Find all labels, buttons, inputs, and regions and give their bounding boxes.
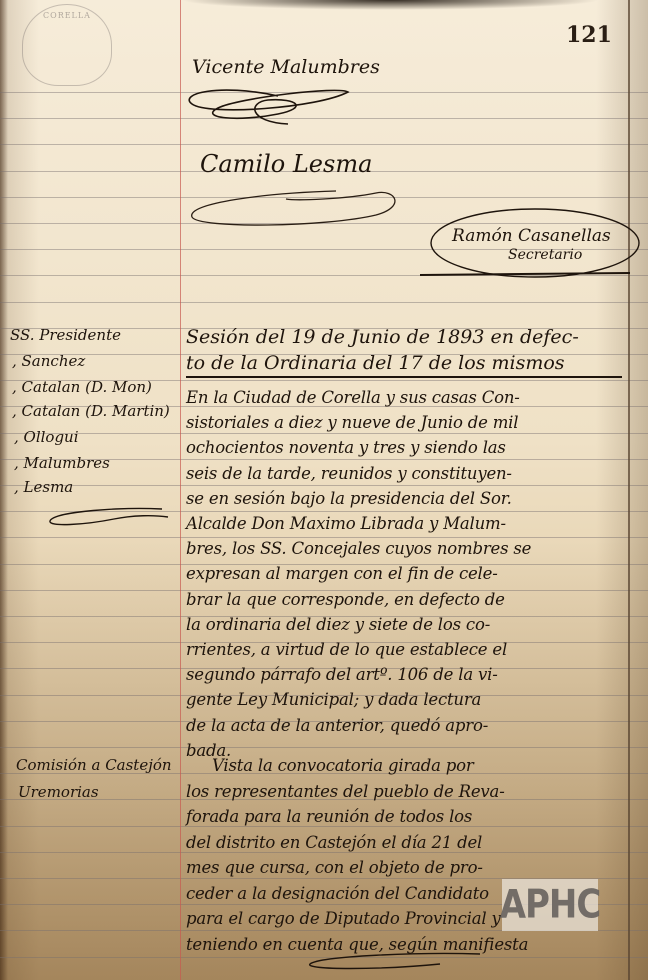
- body-line: de la acta de la anterior, quedó apro-: [186, 716, 488, 735]
- body-line: se en sesión bajo la presidencia del Sor…: [186, 489, 512, 508]
- body-line: expresan al margen con el fin de cele-: [186, 564, 498, 583]
- ruled-line: [0, 144, 648, 145]
- signature-flourish-icon: [186, 185, 416, 235]
- binding-edge: [0, 0, 8, 980]
- body-line: ceder a la designación del Candidato: [186, 884, 489, 903]
- margin-attendee: , Sanchez: [12, 352, 85, 370]
- ruled-line: [0, 537, 648, 538]
- signature-title: Secretario: [508, 247, 582, 263]
- body-line: Vista la convocatoria girada por: [212, 756, 474, 775]
- margin-attendee: , Ollogui: [14, 428, 79, 446]
- stamp-text: CORELLA: [23, 11, 111, 20]
- body-line: del distrito en Castejón el día 21 del: [186, 833, 482, 852]
- ruled-line: [0, 826, 648, 827]
- ruled-line: [0, 747, 648, 748]
- body-line: gente Ley Municipal; y dada lectura: [186, 690, 481, 709]
- margin-attendee: , Malumbres: [14, 454, 110, 472]
- session-heading-line: Sesión del 19 de Junio de 1893 en defec-: [186, 326, 579, 348]
- margin-note: Comisión a Castejón: [16, 756, 172, 774]
- margin-attendee: , Catalan (D. Mon): [12, 378, 152, 396]
- municipal-stamp: CORELLA: [22, 4, 112, 86]
- watermark-text: APHC: [500, 882, 601, 928]
- session-heading-line: to de la Ordinaria del 17 de los mismos: [186, 352, 565, 374]
- closing-flourish-icon: [300, 950, 500, 974]
- margin-flourish-icon: [44, 505, 174, 529]
- body-line: bres, los SS. Concejales cuyos nombres s…: [186, 539, 531, 558]
- margin-attendee: SS. Presidente: [10, 326, 121, 344]
- signature-lesma: Camilo Lesma: [200, 150, 372, 178]
- body-line: segundo párrafo del artº. 106 de la vi-: [186, 665, 498, 684]
- margin-attendee: , Catalan (D. Martin): [12, 402, 170, 420]
- body-line: mes que cursa, con el objeto de pro-: [186, 858, 483, 877]
- right-rule: [628, 0, 630, 980]
- heading-underline: [186, 376, 622, 378]
- body-line: Alcalde Don Maximo Librada y Malum-: [186, 514, 506, 533]
- body-line: los representantes del pueblo de Reva-: [186, 782, 505, 801]
- body-line: ochocientos noventa y tres y siendo las: [186, 438, 506, 457]
- ruled-line: [0, 485, 648, 486]
- body-line: rrientes, a virtud de lo que establece e…: [186, 640, 507, 659]
- signature-flourish-icon: [178, 78, 378, 130]
- ruled-line: [0, 302, 648, 303]
- margin-note: Uremorias: [18, 783, 99, 801]
- ledger-page: CORELLA 121 Vicente Malumbres Camilo Les…: [0, 0, 648, 980]
- archive-watermark: APHC: [502, 879, 598, 931]
- body-line: forada para la reunión de todos los: [186, 807, 472, 826]
- body-line: sistoriales a diez y nueve de Junio de m…: [186, 413, 518, 432]
- ruled-line: [0, 852, 648, 853]
- body-line: la ordinaria del diez y siete de los co-: [186, 615, 490, 634]
- margin-rule: [180, 0, 181, 980]
- body-line: seis de la tarde, reunidos y constituyen…: [186, 464, 512, 483]
- signature-casanellas: Ramón Casanellas: [452, 226, 611, 246]
- body-line: para el cargo de Diputado Provincial y: [186, 909, 501, 928]
- ruled-line: [0, 433, 648, 434]
- page-curl-shadow: [180, 0, 600, 10]
- margin-attendee: , Lesma: [14, 478, 73, 496]
- body-line: brar la que corresponde, en defecto de: [186, 590, 505, 609]
- body-line: En la Ciudad de Corella y sus casas Con-: [186, 388, 520, 407]
- signature-malumbres: Vicente Malumbres: [192, 56, 380, 78]
- page-number: 121: [566, 22, 612, 48]
